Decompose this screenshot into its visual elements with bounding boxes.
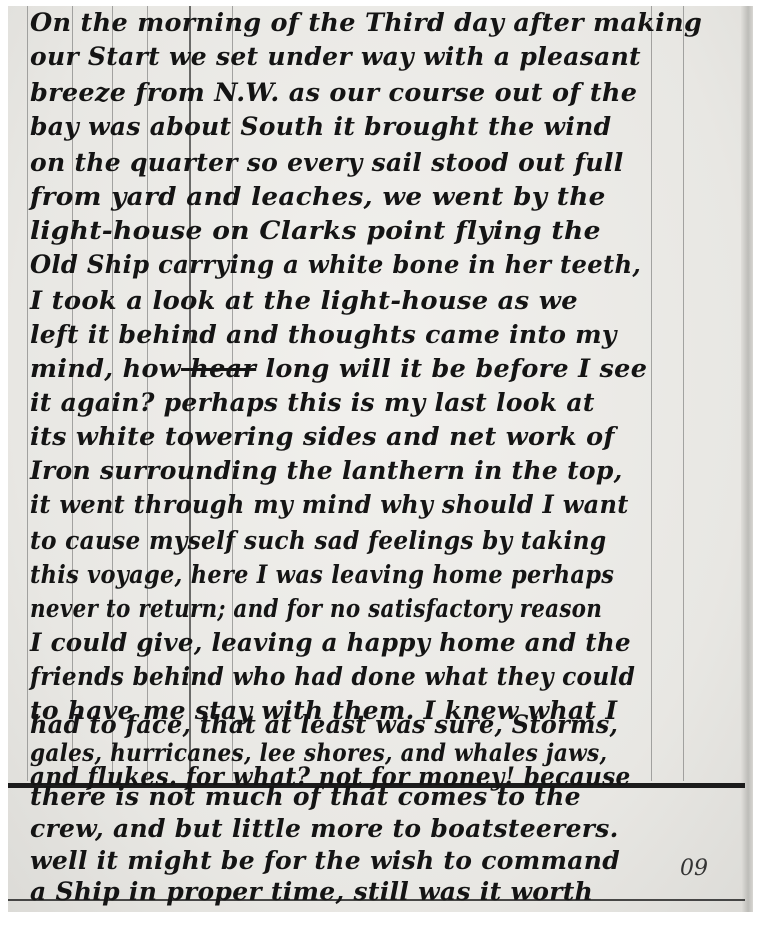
text-line: to cause myself such sad feelings by tak… <box>30 526 606 555</box>
text-line: breeze from N.W. as our course out of th… <box>30 78 637 107</box>
text-line: crew, and but little more to boatsteerer… <box>30 814 619 843</box>
text-line: bay was about South it brought the wind <box>30 112 611 141</box>
text-line: I took a look at the light-house as we <box>30 286 578 315</box>
text-line: a Ship in proper time, still was it wort… <box>30 877 593 906</box>
ledger-rule <box>683 6 684 781</box>
text-line: left it behind and thoughts came into my <box>30 320 617 349</box>
text-line: had to face, that at least was sure, Sto… <box>30 710 618 739</box>
ledger-rule <box>27 6 28 781</box>
struck-word: hear <box>181 354 256 383</box>
text-line: our Start we set under way with a pleasa… <box>30 42 641 71</box>
text-line: On the morning of the Third day after ma… <box>30 8 702 37</box>
text-line: Iron surrounding the lanthern in the top… <box>30 456 623 485</box>
text-line: it went through my mind why should I wan… <box>30 490 629 519</box>
text-line: on the quarter so every sail stood out f… <box>30 148 624 177</box>
text-line: it again? perhaps this is my last look a… <box>30 388 595 417</box>
text-line: I could give, leaving a happy home and t… <box>30 628 631 657</box>
journal-page: On the morning of the Third day after ma… <box>8 6 753 912</box>
text-line: well it might be for the wish to command <box>30 846 620 875</box>
ledger-rule <box>651 6 652 781</box>
page-number-mark: 09 <box>680 856 708 881</box>
text-line: from yard and leaches, we went by the <box>30 182 606 211</box>
text-line: this voyage, here I was leaving home per… <box>30 560 614 589</box>
text-line: never to return; and for no satisfactory… <box>30 594 602 623</box>
page-binding-edge <box>741 6 753 912</box>
text-line: Old Ship carrying a white bone in her te… <box>30 250 641 279</box>
text-line: mind, how hear long will it be before I … <box>30 354 647 383</box>
text-line: friends behind who had done what they co… <box>30 662 635 691</box>
text-line: there is not much of that comes to the <box>30 782 581 811</box>
text-line: its white towering sides and net work of <box>30 422 615 451</box>
text-line: light-house on Clarks point flying the <box>30 216 601 245</box>
